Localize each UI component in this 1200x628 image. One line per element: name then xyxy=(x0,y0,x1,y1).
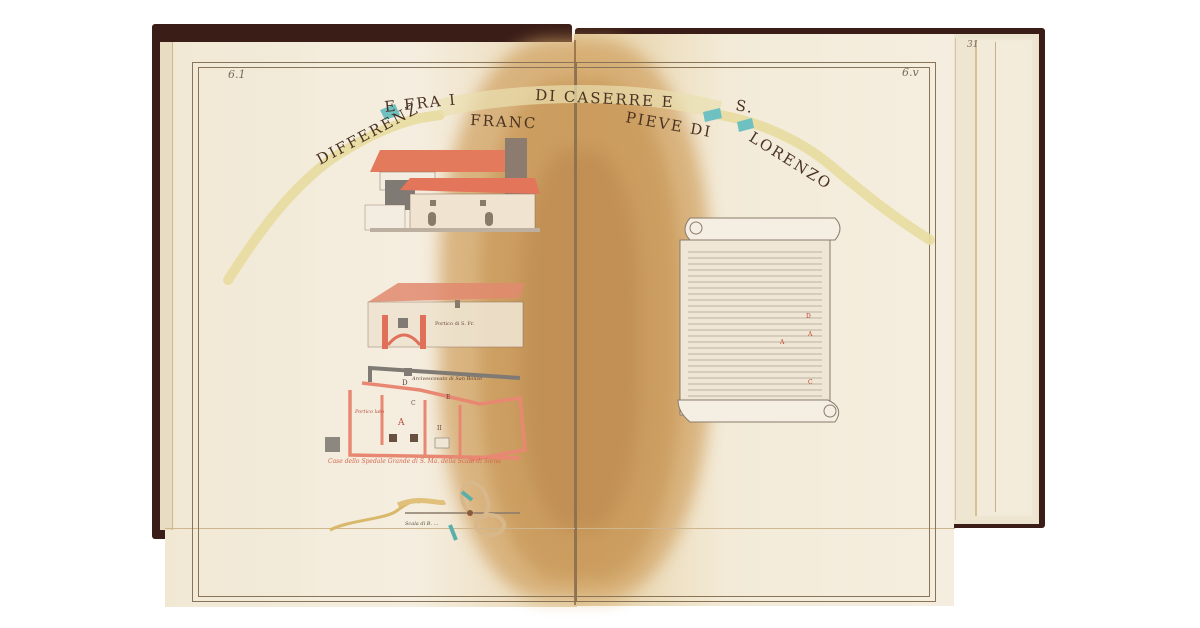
svg-text:D: D xyxy=(806,313,811,320)
svg-text:Case dello Spedale Grande di S: Case dello Spedale Grande di S. Ma. dell… xyxy=(328,458,501,465)
building-elevation-middle: Portico di S. Fr. xyxy=(368,283,525,349)
svg-text:A: A xyxy=(779,339,785,346)
manuscript-artwork: DIFFERENZ E FRA I FRANC DI CASERRE E PIE… xyxy=(0,0,1200,628)
svg-text:E: E xyxy=(446,394,450,401)
svg-text:FRANC: FRANC xyxy=(470,111,538,132)
svg-text:C: C xyxy=(411,400,416,407)
svg-text:A: A xyxy=(397,418,405,428)
svg-text:S.: S. xyxy=(734,96,755,117)
svg-text:Portico di S. Fr.: Portico di S. Fr. xyxy=(435,321,475,327)
svg-text:C: C xyxy=(808,379,813,386)
building-elevation-top xyxy=(365,138,540,232)
scale-bow-ribbon: Scala di B. ... xyxy=(330,479,520,540)
svg-text:Portico lato: Portico lato xyxy=(354,409,384,415)
svg-text:Scala di B. ...: Scala di B. ... xyxy=(405,521,439,527)
svg-text:Arcivescovato di San Bonzo: Arcivescovato di San Bonzo xyxy=(411,376,482,382)
scroll-cartouche: D A A C xyxy=(678,218,840,422)
svg-text:II: II xyxy=(437,425,442,432)
svg-text:A: A xyxy=(807,331,813,338)
svg-text:D: D xyxy=(402,379,408,387)
